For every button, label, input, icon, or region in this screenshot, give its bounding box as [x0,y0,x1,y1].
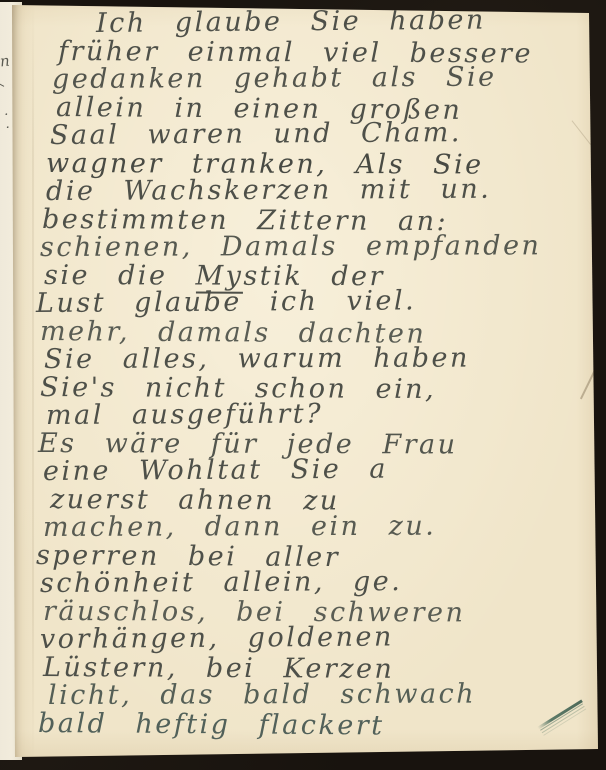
ink-edge-mark: – [0,77,9,93]
handwriting-line: mal ausgeführt? [46,399,600,430]
handwriting-line: machen, dann ein zu. [43,512,600,542]
handwriting-line: licht, das bald schwach [48,680,600,710]
handwriting-line: schienen, Damals empfanden [40,232,600,262]
handwriting-line: eine Wohltat Sie a [43,454,600,486]
handwriting-line: Lust glaube ich viel. [36,286,600,318]
handwriting-line: schönheit allein, ge. [40,567,600,598]
handwriting-line: vorhängen, goldenen [40,622,600,654]
handwriting-line: die Wachskerzen mit un. [46,175,600,206]
letter-page: Ich glaube Sie haben früher einmal viel … [12,4,600,760]
ink-edge-mark: n [0,53,11,69]
handwriting-block: Ich glaube Sie haben früher einmal viel … [12,4,600,738]
handwriting-line: bald heftig flackert [38,710,600,742]
handwriting-line: Sie alles, warum haben [44,344,600,374]
handwriting-line: gedanken gehabt als Sie [52,63,600,94]
scan-background: { "scan": { "background_color": "#18130e… [0,0,606,770]
handwriting-line: Saal waren und Cham. [50,118,600,150]
